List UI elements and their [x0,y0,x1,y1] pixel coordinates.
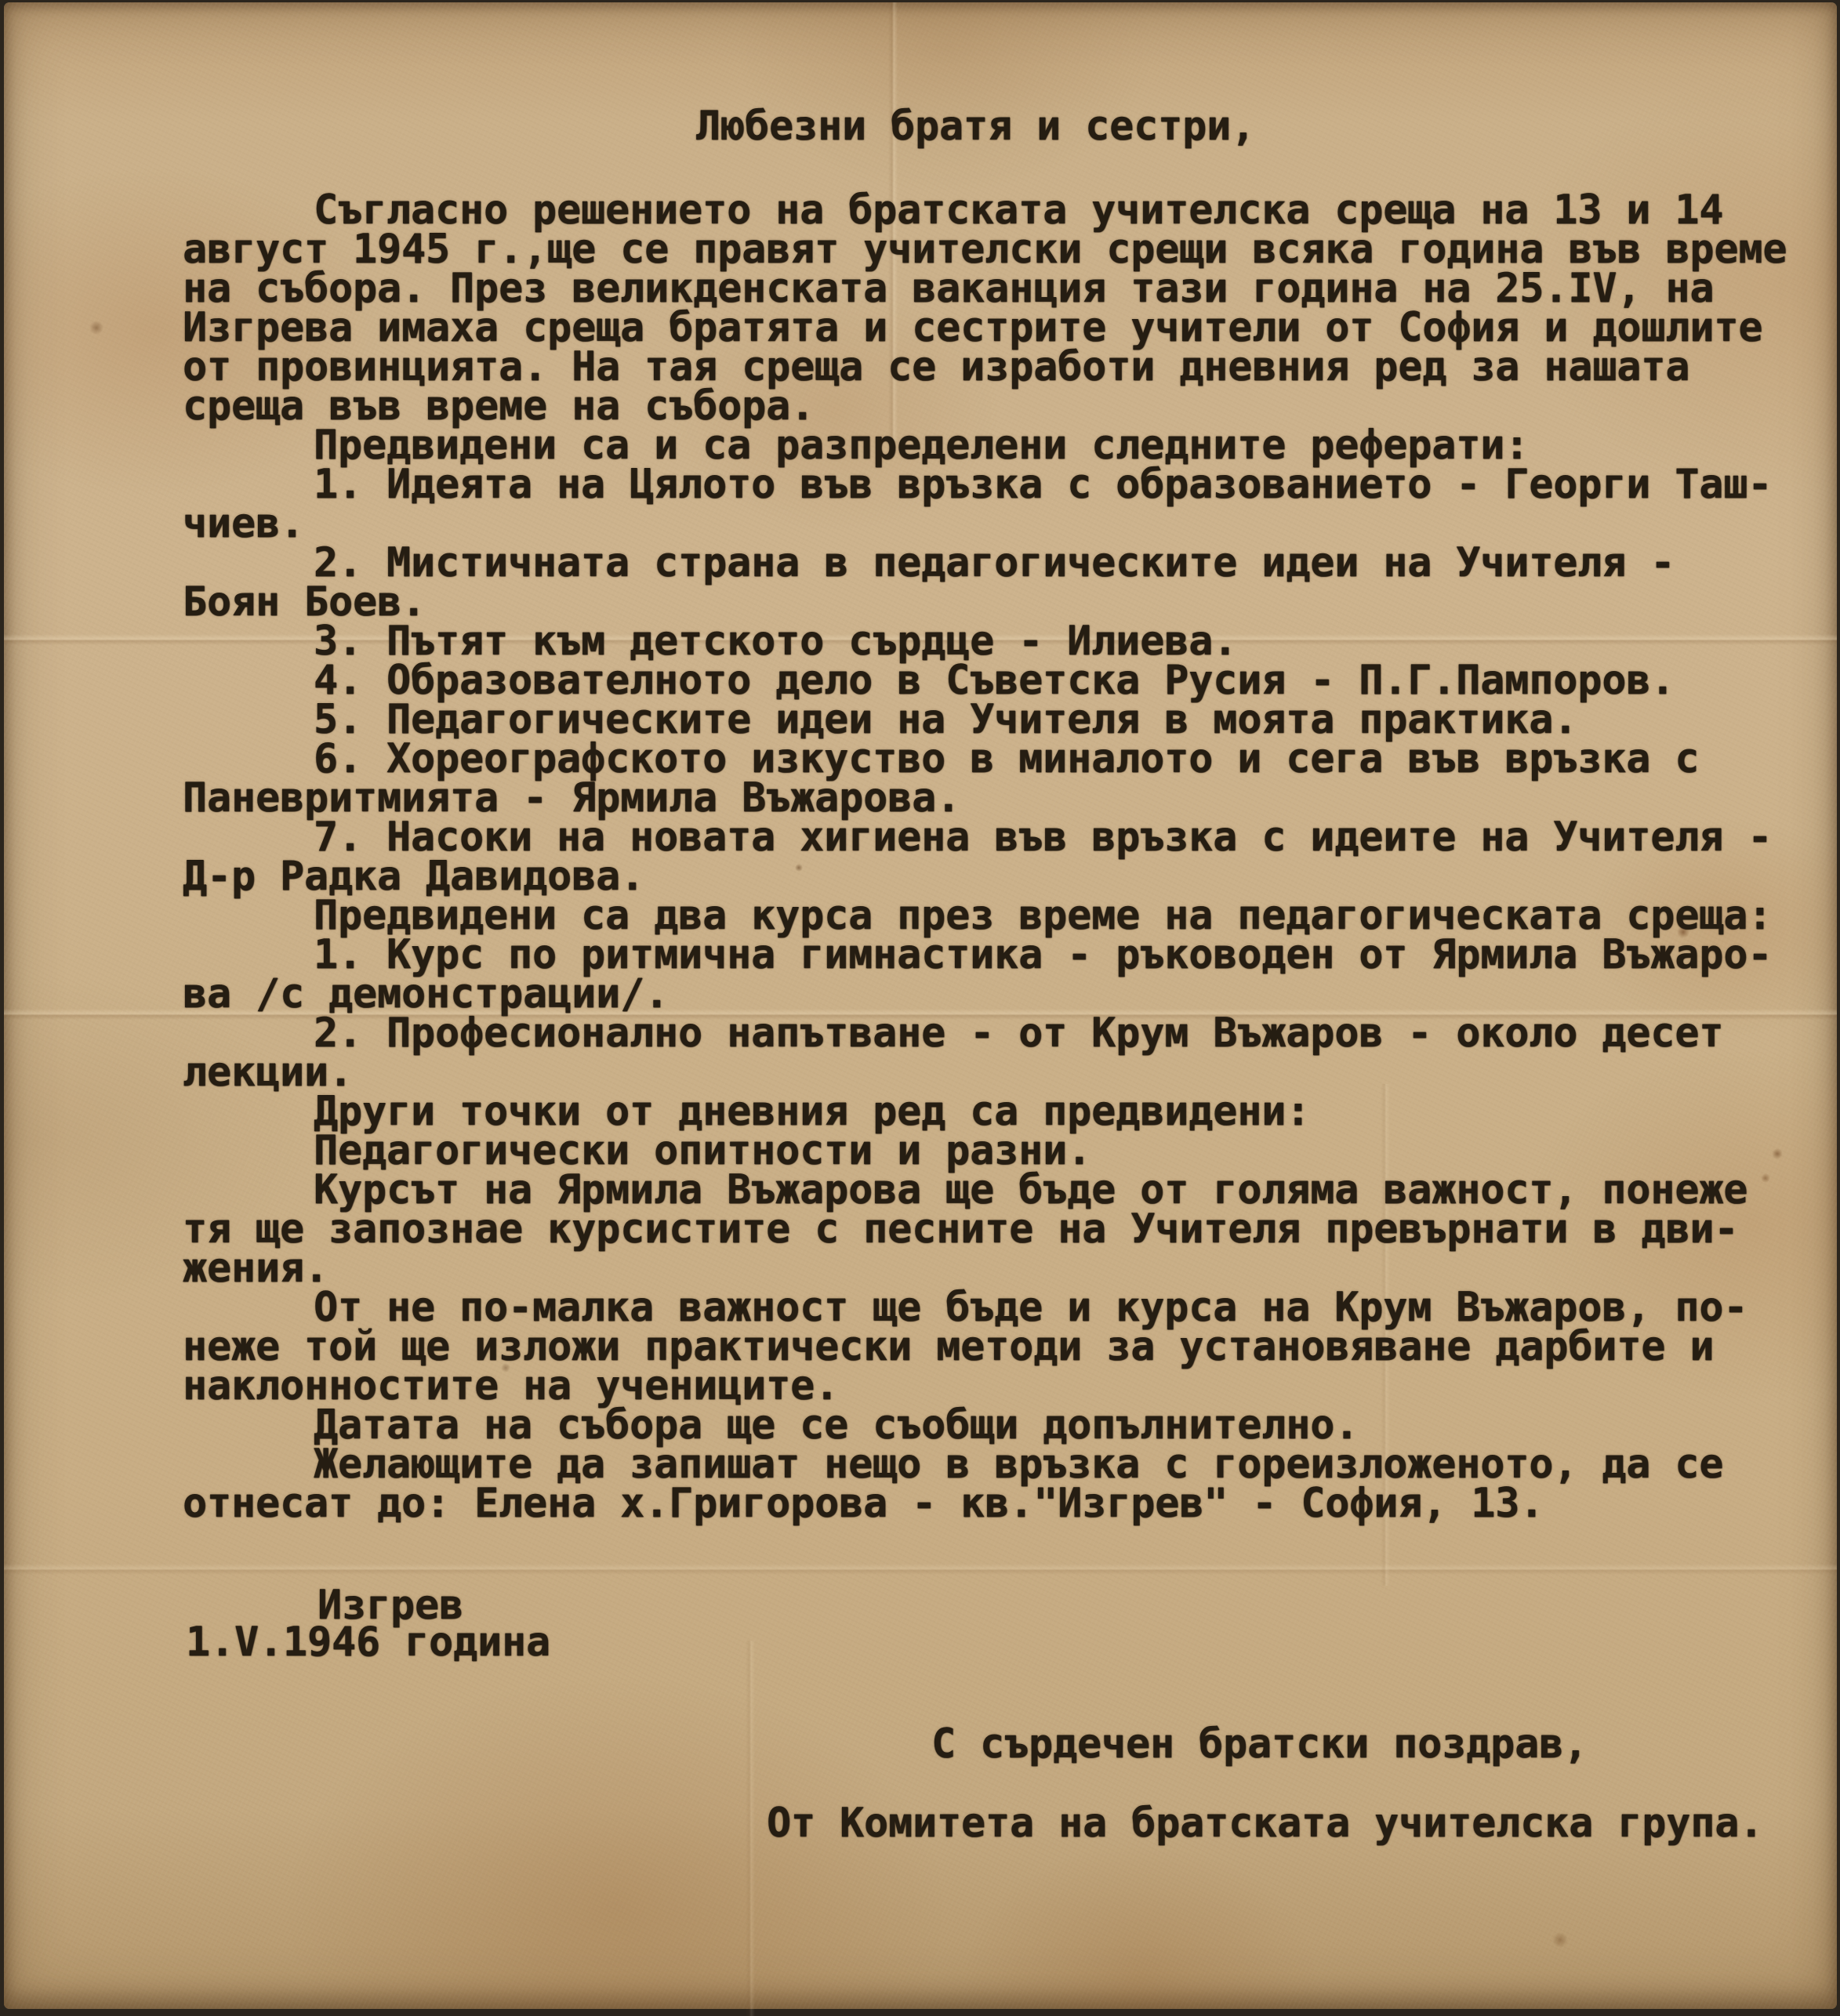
body-line: тя ще запознае курсистите с песните на У… [183,1209,1738,1250]
body-line: Боян Боев. [183,582,426,623]
body-line: Други точки от дневния ред са предвидени… [314,1092,1310,1133]
list-item-course: 1. Курс по ритмична гимнастика - ръковод… [314,935,1772,976]
body-line: отнесат до: Елена х.Григорова - кв."Изгр… [183,1484,1544,1525]
closing-salute: С сърдечен братски поздрав, [931,1724,1588,1765]
body-line: Предвидени са два курса през време на пе… [314,896,1772,937]
body-line: Желающите да запишат нещо в връзка с гор… [314,1445,1723,1485]
list-item-referat: 7. Насоки на новата хигиена във връзка с… [314,818,1772,858]
body-line: лекции. [183,1053,353,1093]
list-item-referat: 3. Пътят към детското сърдце - Илиева. [314,622,1237,662]
body-line: среща във време на събора. [183,386,815,427]
body-line: ва /с демонстрации/. [183,974,669,1015]
body-line: Предвидени са и са разпределени следните… [314,426,1529,466]
body-line: неже той ще изложи практически методи за… [183,1327,1714,1368]
list-item-course: 2. Професионално напътване - от Крум Въж… [314,1013,1723,1054]
fold-crease-horizontal [4,1564,1837,1575]
body-line: от провинцията. На тая среща се изработи… [183,347,1689,388]
body-line: Съгласно решението на братската учителск… [314,190,1723,231]
body-line: август 1945 г.,ще се правят учителски ср… [183,230,1787,270]
list-item-referat: 1. Идеята на Цялото във връзка с образов… [314,465,1772,506]
document-page: Любезни братя и сестри, Съгласно решение… [4,2,1837,2009]
body-line: Паневритмията - Ярмила Въжарова. [183,778,960,819]
signature-date: 1.V.1946 година [186,1623,550,1663]
body-line: Д-р Радка Давидова. [183,857,644,897]
list-item-referat: 5. Педагогическите идеи на Учителя в моя… [314,700,1577,741]
fold-crease-vertical [746,1641,755,2016]
salutation: Любезни братя и сестри, [696,107,1255,147]
body-line: на събора. През великденската ваканция т… [183,269,1714,310]
body-line: жения. [183,1249,328,1289]
body-line: чиев. [183,504,304,545]
list-item-referat: 4. Образователното дело в Съветска Русия… [314,661,1675,702]
closing-from: От Комитета на братската учителска група… [767,1804,1763,1844]
body-line: Датата на събора ще се съобщи допълнител… [314,1405,1359,1446]
body-line: наклонностите на учениците. [183,1366,839,1407]
body-line: От не по-малка важност ще бъде и курса н… [314,1288,1747,1329]
body-line: Курсът на Ярмила Въжарова ще бъде от гол… [314,1170,1747,1211]
list-item-referat: 2. Мистичната страна в педагогическите и… [314,543,1675,584]
list-item-referat: 6. Хореографското изкуство в миналото и … [314,739,1699,780]
body-line: Педагогически опитности и разни. [314,1131,1091,1172]
body-line: Изгрева имаха среща братята и сестрите у… [183,308,1762,349]
